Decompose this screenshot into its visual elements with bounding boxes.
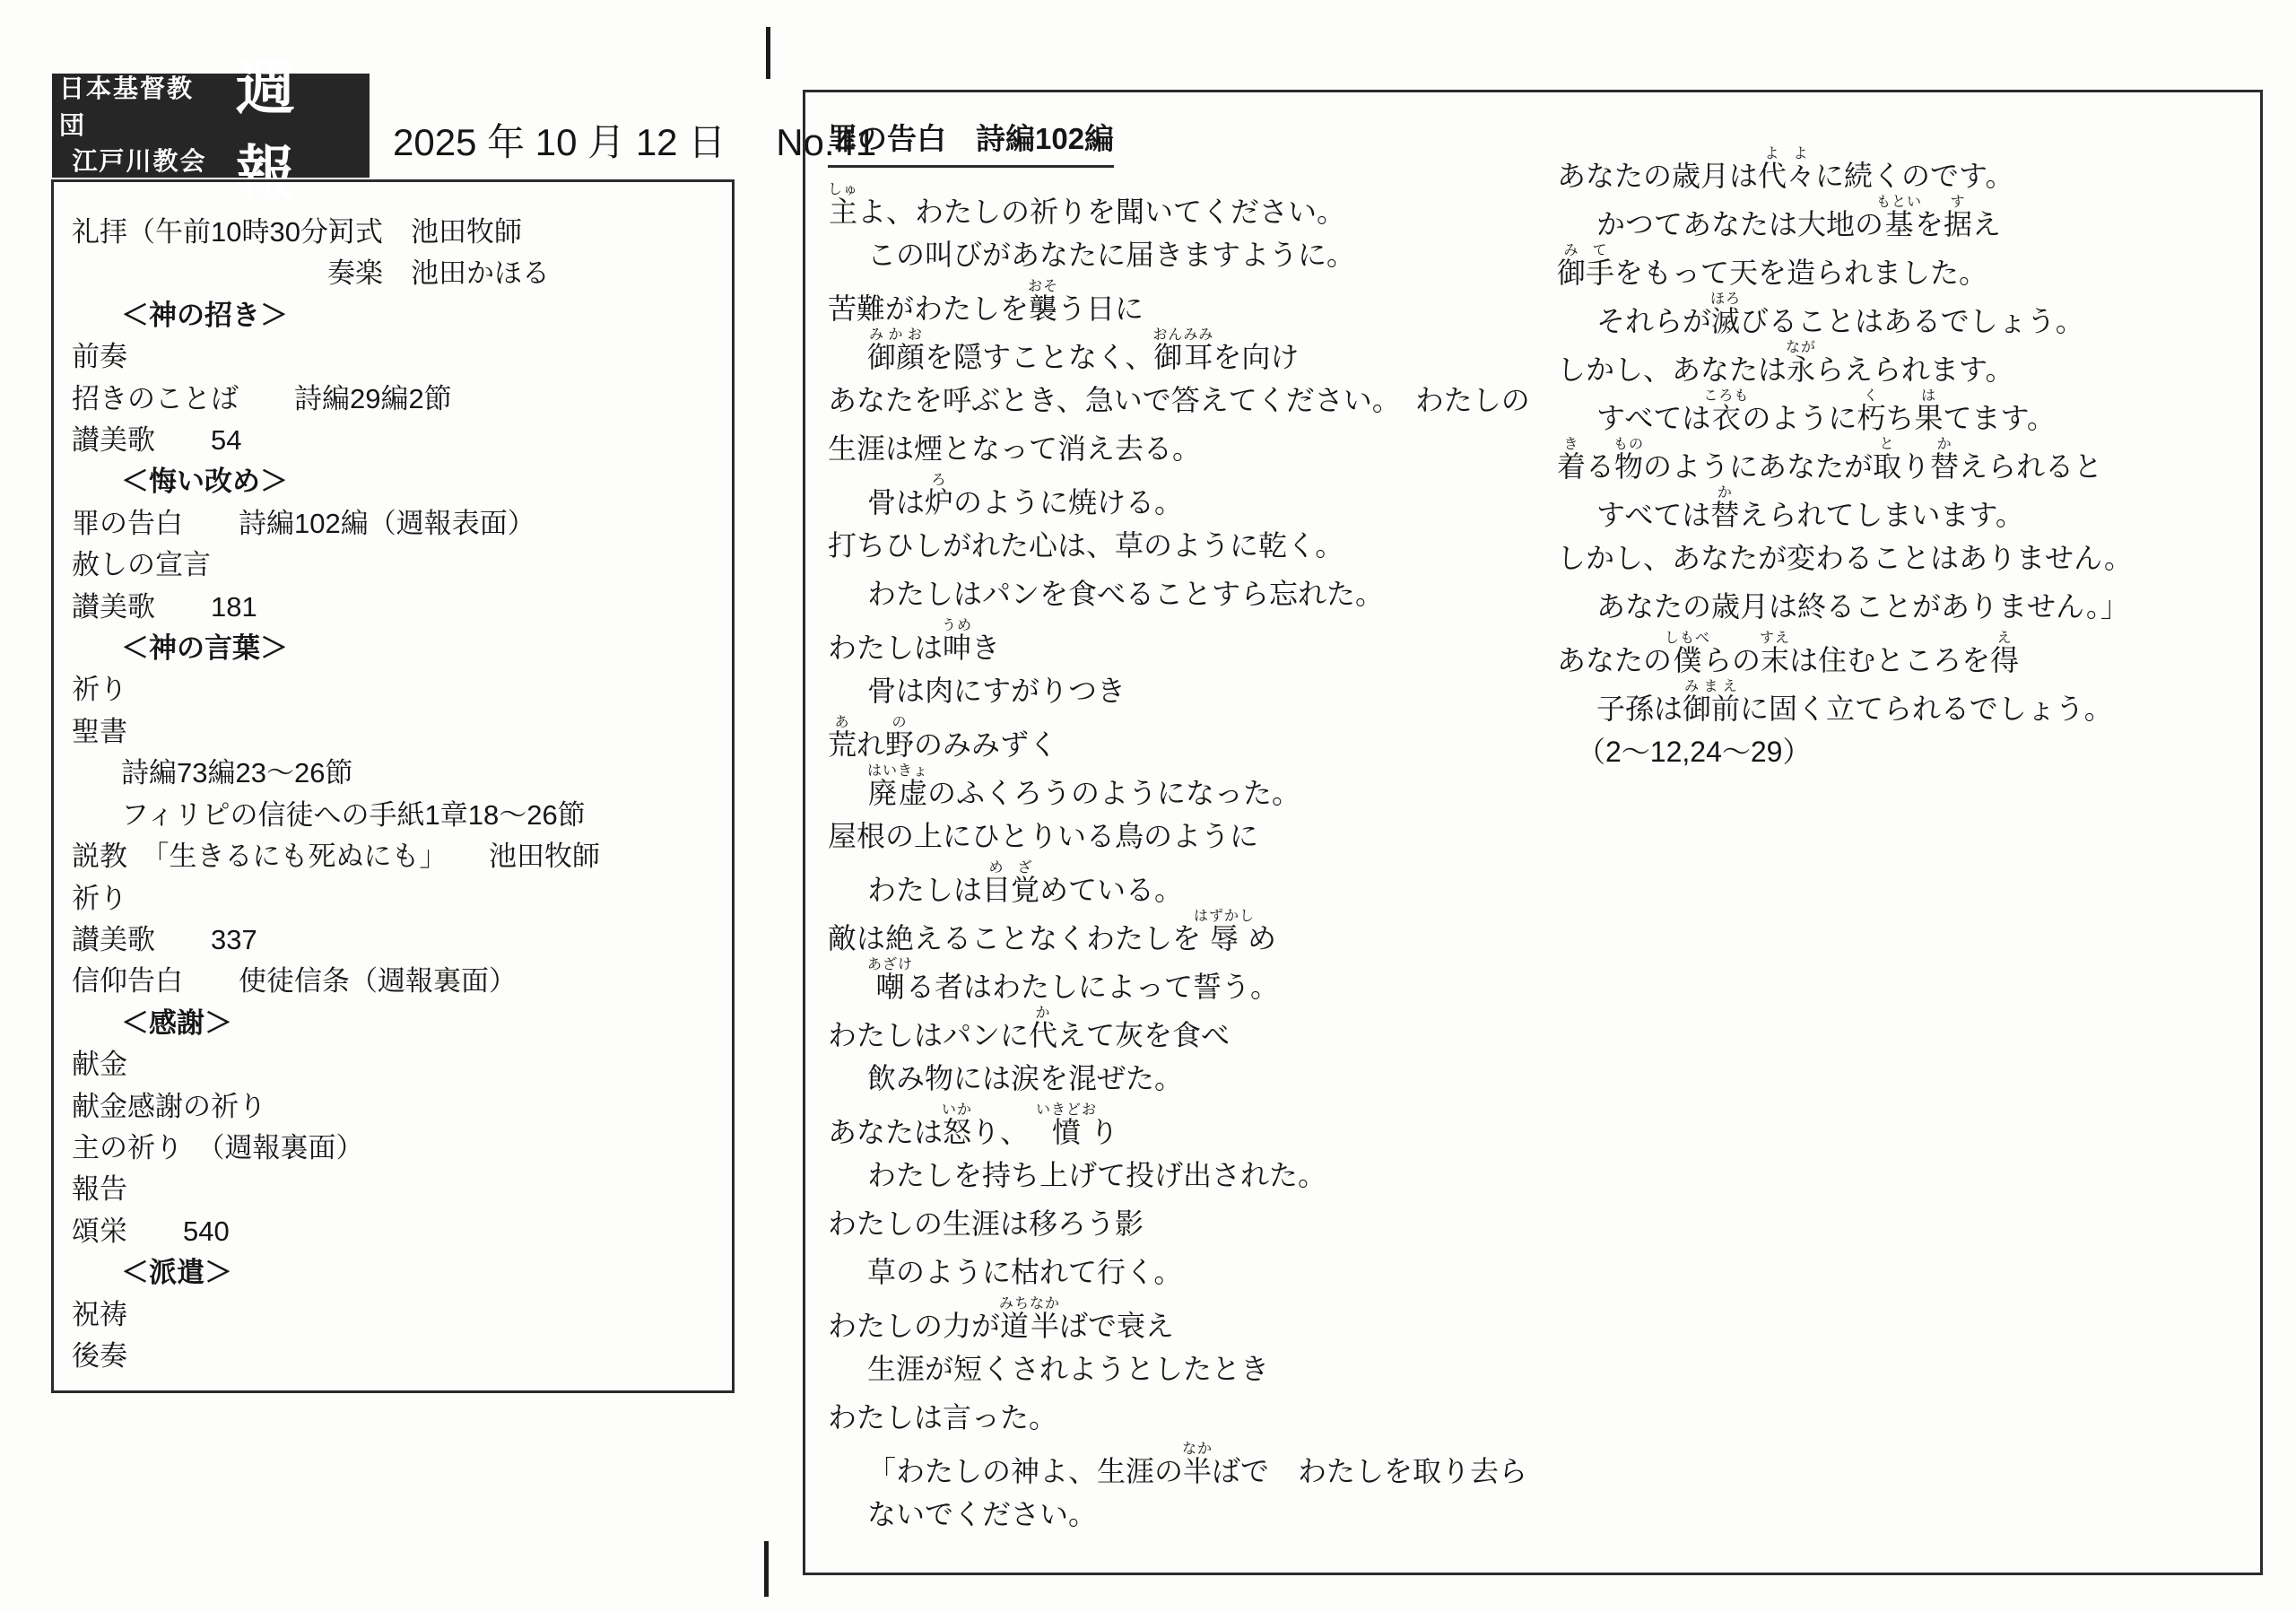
psalm-line: 生涯は煙となって消え去る。 — [828, 424, 1545, 473]
psalm-line: かつてあなたは大地の基もといを据すえ — [1557, 195, 2257, 243]
program-line-left — [72, 253, 327, 294]
furigana-ruby: 基もとい — [1883, 208, 1915, 240]
psalm-line: わたしはパンを食べることすら忘れた。 — [828, 570, 1545, 618]
furigana-ruby: 朽く — [1857, 402, 1885, 434]
psalm-line: この叫びがあなたに届きますように。 — [828, 231, 1545, 279]
fold-mark-top — [766, 27, 770, 79]
psalm-line: あなたを呼ぶとき、急いで答えてください。 わたしの — [828, 376, 1545, 424]
psalm-line: 嘲あざける者はわたしによって誓う。 — [828, 957, 1545, 1006]
furigana-ruby: 主しゅ — [828, 196, 857, 228]
program-line: 前奏 — [72, 336, 732, 378]
furigana-ruby: 怒いか — [943, 1116, 971, 1148]
furigana-ruby: 取と — [1873, 450, 1901, 483]
psalm-line: わたしは呻うめき — [828, 618, 1545, 667]
psalm-col-2: あなたの歳月は代々よよに続くのです。かつてあなたは大地の基もといを据すえ御手みて… — [1557, 146, 2257, 776]
psalm-line: あなたの歳月は終ることがありません。」 — [1557, 582, 2257, 631]
psalm-line: 廃虚はいきょのふくろうのようになった。 — [828, 763, 1545, 812]
program-line: 献金感謝の祈り — [72, 1086, 732, 1128]
program-line: ＜悔い改め＞ — [72, 461, 732, 502]
furigana-ruby: 嘲あざけ — [867, 971, 906, 1003]
furigana-ruby: 呻うめ — [943, 632, 971, 664]
psalm-line: すべては替かえられてしまいます。 — [1557, 485, 2257, 534]
program-line: 主の祈り （週報裏面） — [72, 1128, 732, 1169]
furigana-ruby: 衣ころも — [1710, 402, 1742, 434]
furigana-ruby: 永なが — [1787, 353, 1815, 386]
psalm-col-1: 主しゅよ、わたしの祈りを聞いてください。この叫びがあなたに届きますように。苦難が… — [828, 182, 1545, 1538]
psalm-line: あなたの僕しもべらの末すえは住むところを得え — [1557, 631, 2257, 679]
program-line: 説教 「生きるにも死ぬにも」 池田牧師 — [72, 836, 732, 877]
furigana-ruby: 替か — [1930, 450, 1959, 483]
psalm-line: 草のように枯れて行く。 — [828, 1248, 1545, 1296]
psalm-column-1-wrap: 罪の告白 詩編102編 主しゅよ、わたしの祈りを聞いてください。この叫びがあなた… — [828, 116, 1545, 1538]
psalm-line: 屋根の上にひとりいる鳥のように — [828, 812, 1545, 860]
program-line: 献金 — [72, 1044, 732, 1085]
psalm-line: わたしは目覚めざめている。 — [828, 860, 1545, 909]
program-line: ＜感謝＞ — [72, 1003, 732, 1044]
furigana-ruby: 得え — [1990, 644, 2019, 676]
program-line: ＜派遣＞ — [72, 1252, 732, 1294]
program-line: 讃美歌 181 — [72, 587, 732, 628]
furigana-ruby: 憤いきどお — [1043, 1116, 1090, 1148]
church-name: 日本基督教団 江戸川教会 — [59, 71, 220, 180]
program-line: 祝祷 — [72, 1294, 732, 1336]
program-line: 後奏 — [72, 1336, 732, 1377]
program-line: 奏楽 池田かほる — [72, 253, 732, 294]
program-line: 詩編73編23～26節 — [72, 753, 732, 794]
psalm-line: わたしを持ち上げて投げ出された。 — [828, 1151, 1545, 1199]
order-of-worship-box: 礼拝（午前10時30分）司式 池田牧師奏楽 池田かほる＜神の招き＞前奏招きのこと… — [51, 179, 735, 1393]
program-lines: 礼拝（午前10時30分）司式 池田牧師奏楽 池田かほる＜神の招き＞前奏招きのこと… — [72, 212, 732, 1377]
furigana-ruby: 荒あ — [828, 728, 857, 761]
program-line: 礼拝（午前10時30分）司式 池田牧師 — [72, 212, 732, 253]
furigana-ruby: 御前みまえ — [1683, 693, 1740, 725]
psalm-line: しかし、あなたは永ながらえられます。 — [1557, 340, 2257, 388]
program-line: 讃美歌 337 — [72, 919, 732, 961]
church-name-line2: 江戸川教会 — [72, 144, 206, 180]
psalm-line: 生涯が短くされようとしたとき — [828, 1345, 1545, 1393]
program-line-right: 司式 池田牧師 — [327, 212, 522, 253]
psalm-line: 着きる物もののようにあなたが取とり替かえられると — [1557, 437, 2257, 485]
psalm-line: 飲み物には涙を混ぜた。 — [828, 1054, 1545, 1102]
furigana-ruby: 御顔みかお — [867, 341, 925, 373]
psalm-line: 主しゅよ、わたしの祈りを聞いてください。 — [828, 182, 1545, 231]
furigana-ruby: 辱はずかし — [1201, 922, 1248, 954]
program-line-right: 奏楽 池田かほる — [327, 253, 550, 294]
furigana-ruby: 滅ほろ — [1711, 305, 1740, 337]
furigana-ruby: 替か — [1710, 499, 1739, 531]
psalm-line: 骨は肉にすがりつき — [828, 667, 1545, 715]
psalm-line: わたしの生涯は移ろう影 — [828, 1199, 1545, 1248]
program-line: ＜神の招き＞ — [72, 295, 732, 336]
psalm-reference: （2～12,24～29） — [1557, 728, 2257, 776]
program-line: 讃美歌 54 — [72, 420, 732, 461]
psalm-title: 罪の告白 詩編102編 — [828, 116, 1114, 168]
program-line-left: 礼拝（午前10時30分） — [72, 212, 327, 253]
psalm-line: あなたは怒いかり、 憤いきどおり — [828, 1102, 1545, 1151]
furigana-ruby: 御手みて — [1557, 257, 1614, 289]
furigana-ruby: 炉ろ — [925, 486, 953, 518]
psalm-line: それらが滅ほろびることはあるでしょう。 — [1557, 292, 2257, 340]
furigana-ruby: 代々よよ — [1758, 160, 1815, 192]
furigana-ruby: 襲おそ — [1029, 292, 1057, 325]
furigana-ruby: 果は — [1914, 402, 1943, 434]
program-line: 祈り — [72, 878, 732, 919]
psalm-line: 苦難がわたしを襲おそう日に — [828, 279, 1545, 327]
program-line: 赦しの宣言 — [72, 545, 732, 586]
furigana-ruby: 据す — [1944, 208, 1972, 240]
program-line: 頌栄 540 — [72, 1211, 732, 1252]
program-line: 招きのことば 詩編29編2節 — [72, 379, 732, 420]
program-line: 報告 — [72, 1169, 732, 1210]
program-line: 罪の告白 詩編102編（週報表面） — [72, 503, 732, 545]
psalm-line: 敵は絶えることなくわたしを辱はずかしめ — [828, 909, 1545, 957]
fold-mark-bottom — [764, 1541, 769, 1597]
furigana-ruby: 御耳おんみみ — [1153, 341, 1213, 373]
psalm-line: すべては衣ころものように朽くち果はてます。 — [1557, 388, 2257, 437]
psalm-line: 打ちひしがれた心は、草のように乾く。 — [828, 521, 1545, 570]
psalm-line: あなたの歳月は代々よよに続くのです。 — [1557, 146, 2257, 195]
psalm-line: 荒あれ野ののみみずく — [828, 715, 1545, 763]
psalm-line: 子孫は御前みまえに固く立てられるでしょう。 — [1557, 679, 2257, 728]
program-line: 信仰告白 使徒信条（週報裏面） — [72, 961, 732, 1002]
furigana-ruby: 末すえ — [1761, 644, 1789, 676]
psalm-line: ないでください。 — [828, 1490, 1545, 1538]
furigana-ruby: 廃虚はいきょ — [867, 777, 927, 809]
psalm-line: 御手みてをもって天を造られました。 — [1557, 243, 2257, 292]
church-name-line1: 日本基督教団 — [59, 71, 220, 144]
furigana-ruby: 着き — [1557, 450, 1586, 483]
furigana-ruby: 物もの — [1614, 450, 1643, 483]
masthead: 日本基督教団 江戸川教会 週報 — [52, 74, 370, 178]
furigana-ruby: 半なか — [1183, 1455, 1212, 1487]
furigana-ruby: 野の — [885, 728, 914, 761]
program-line: ＜神の言葉＞ — [72, 628, 732, 669]
furigana-ruby: 目覚めざ — [982, 874, 1039, 906]
psalm-line: わたしの力が道半みちなかばで衰え — [828, 1296, 1545, 1345]
furigana-ruby: 代か — [1029, 1019, 1057, 1051]
program-line: フィリピの信徒への手紙1章18～26節 — [72, 795, 732, 836]
psalm-line: わたしは言った。 — [828, 1393, 1545, 1442]
furigana-ruby: 道半みちなか — [1000, 1310, 1059, 1342]
psalm-line: 御顔みかおを隠すことなく、御耳おんみみを向け — [828, 327, 1545, 376]
psalm-line: 骨は炉ろのように焼ける。 — [828, 473, 1545, 521]
program-line: 聖書 — [72, 711, 732, 753]
issue-date: 2025 年 10 月 12 日 — [393, 121, 726, 163]
program-line: 祈り — [72, 669, 732, 710]
psalm-line: しかし、あなたが変わることはありません。 — [1557, 534, 2257, 582]
psalm-line: 「わたしの神よ、生涯の半なかばで わたしを取り去ら — [828, 1442, 1545, 1490]
psalm-line: わたしはパンに代かえて灰を食べ — [828, 1006, 1545, 1054]
furigana-ruby: 僕しもべ — [1672, 644, 1703, 676]
psalm-panel: 罪の告白 詩編102編 主しゅよ、わたしの祈りを聞いてください。この叫びがあなた… — [803, 90, 2263, 1575]
